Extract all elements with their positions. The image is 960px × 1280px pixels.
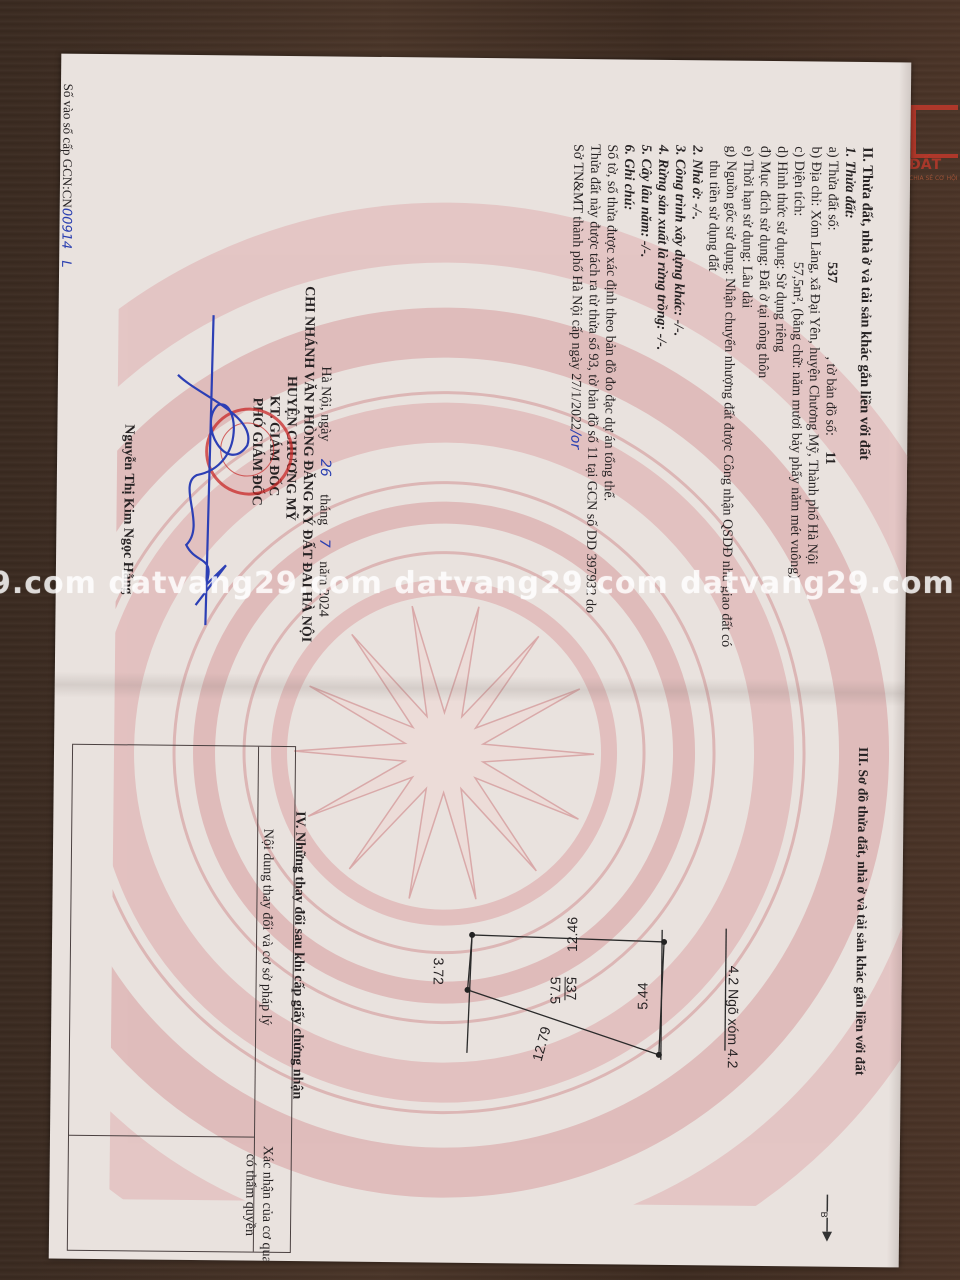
changes-col-confirm-2: có thẩm quyền xyxy=(241,1154,259,1237)
road-label: 4.2 Ngõ xóm 4.2 xyxy=(724,966,742,1069)
parcel-number-label: 537 xyxy=(562,977,579,1001)
north-arrow-label: B xyxy=(815,1212,832,1218)
parcel-area-label: 57.5 xyxy=(546,977,563,1004)
watermark-text: 9.com datvang29.com datvang29.com datvan… xyxy=(0,566,960,601)
changes-col-confirm-1: Xác nhận của cơ quan xyxy=(258,1146,276,1268)
edge-left-length: 3.72 xyxy=(430,957,447,984)
land-certificate-page: II. Thửa đất, nhà ở và tài sản khác gắn … xyxy=(49,54,912,1268)
site-logo: ĐẤT CHIA SẺ CƠ HỘI xyxy=(905,95,960,205)
table-divider-h xyxy=(69,1135,255,1138)
logo-house-icon xyxy=(911,105,958,158)
edge-top-length: 12.46 xyxy=(564,917,581,952)
logo-tagline: CHIA SẺ CƠ HỘI xyxy=(909,175,958,182)
changes-col-content: Nội dung thay đổi và cơ sở pháp lý xyxy=(257,829,276,1026)
logo-brand: ĐẤT xyxy=(909,157,941,173)
section-iv-title: IV. Những thay đổi sau khi cấp giấy chứn… xyxy=(288,811,308,1099)
edge-right-length: 5.44 xyxy=(634,982,651,1009)
